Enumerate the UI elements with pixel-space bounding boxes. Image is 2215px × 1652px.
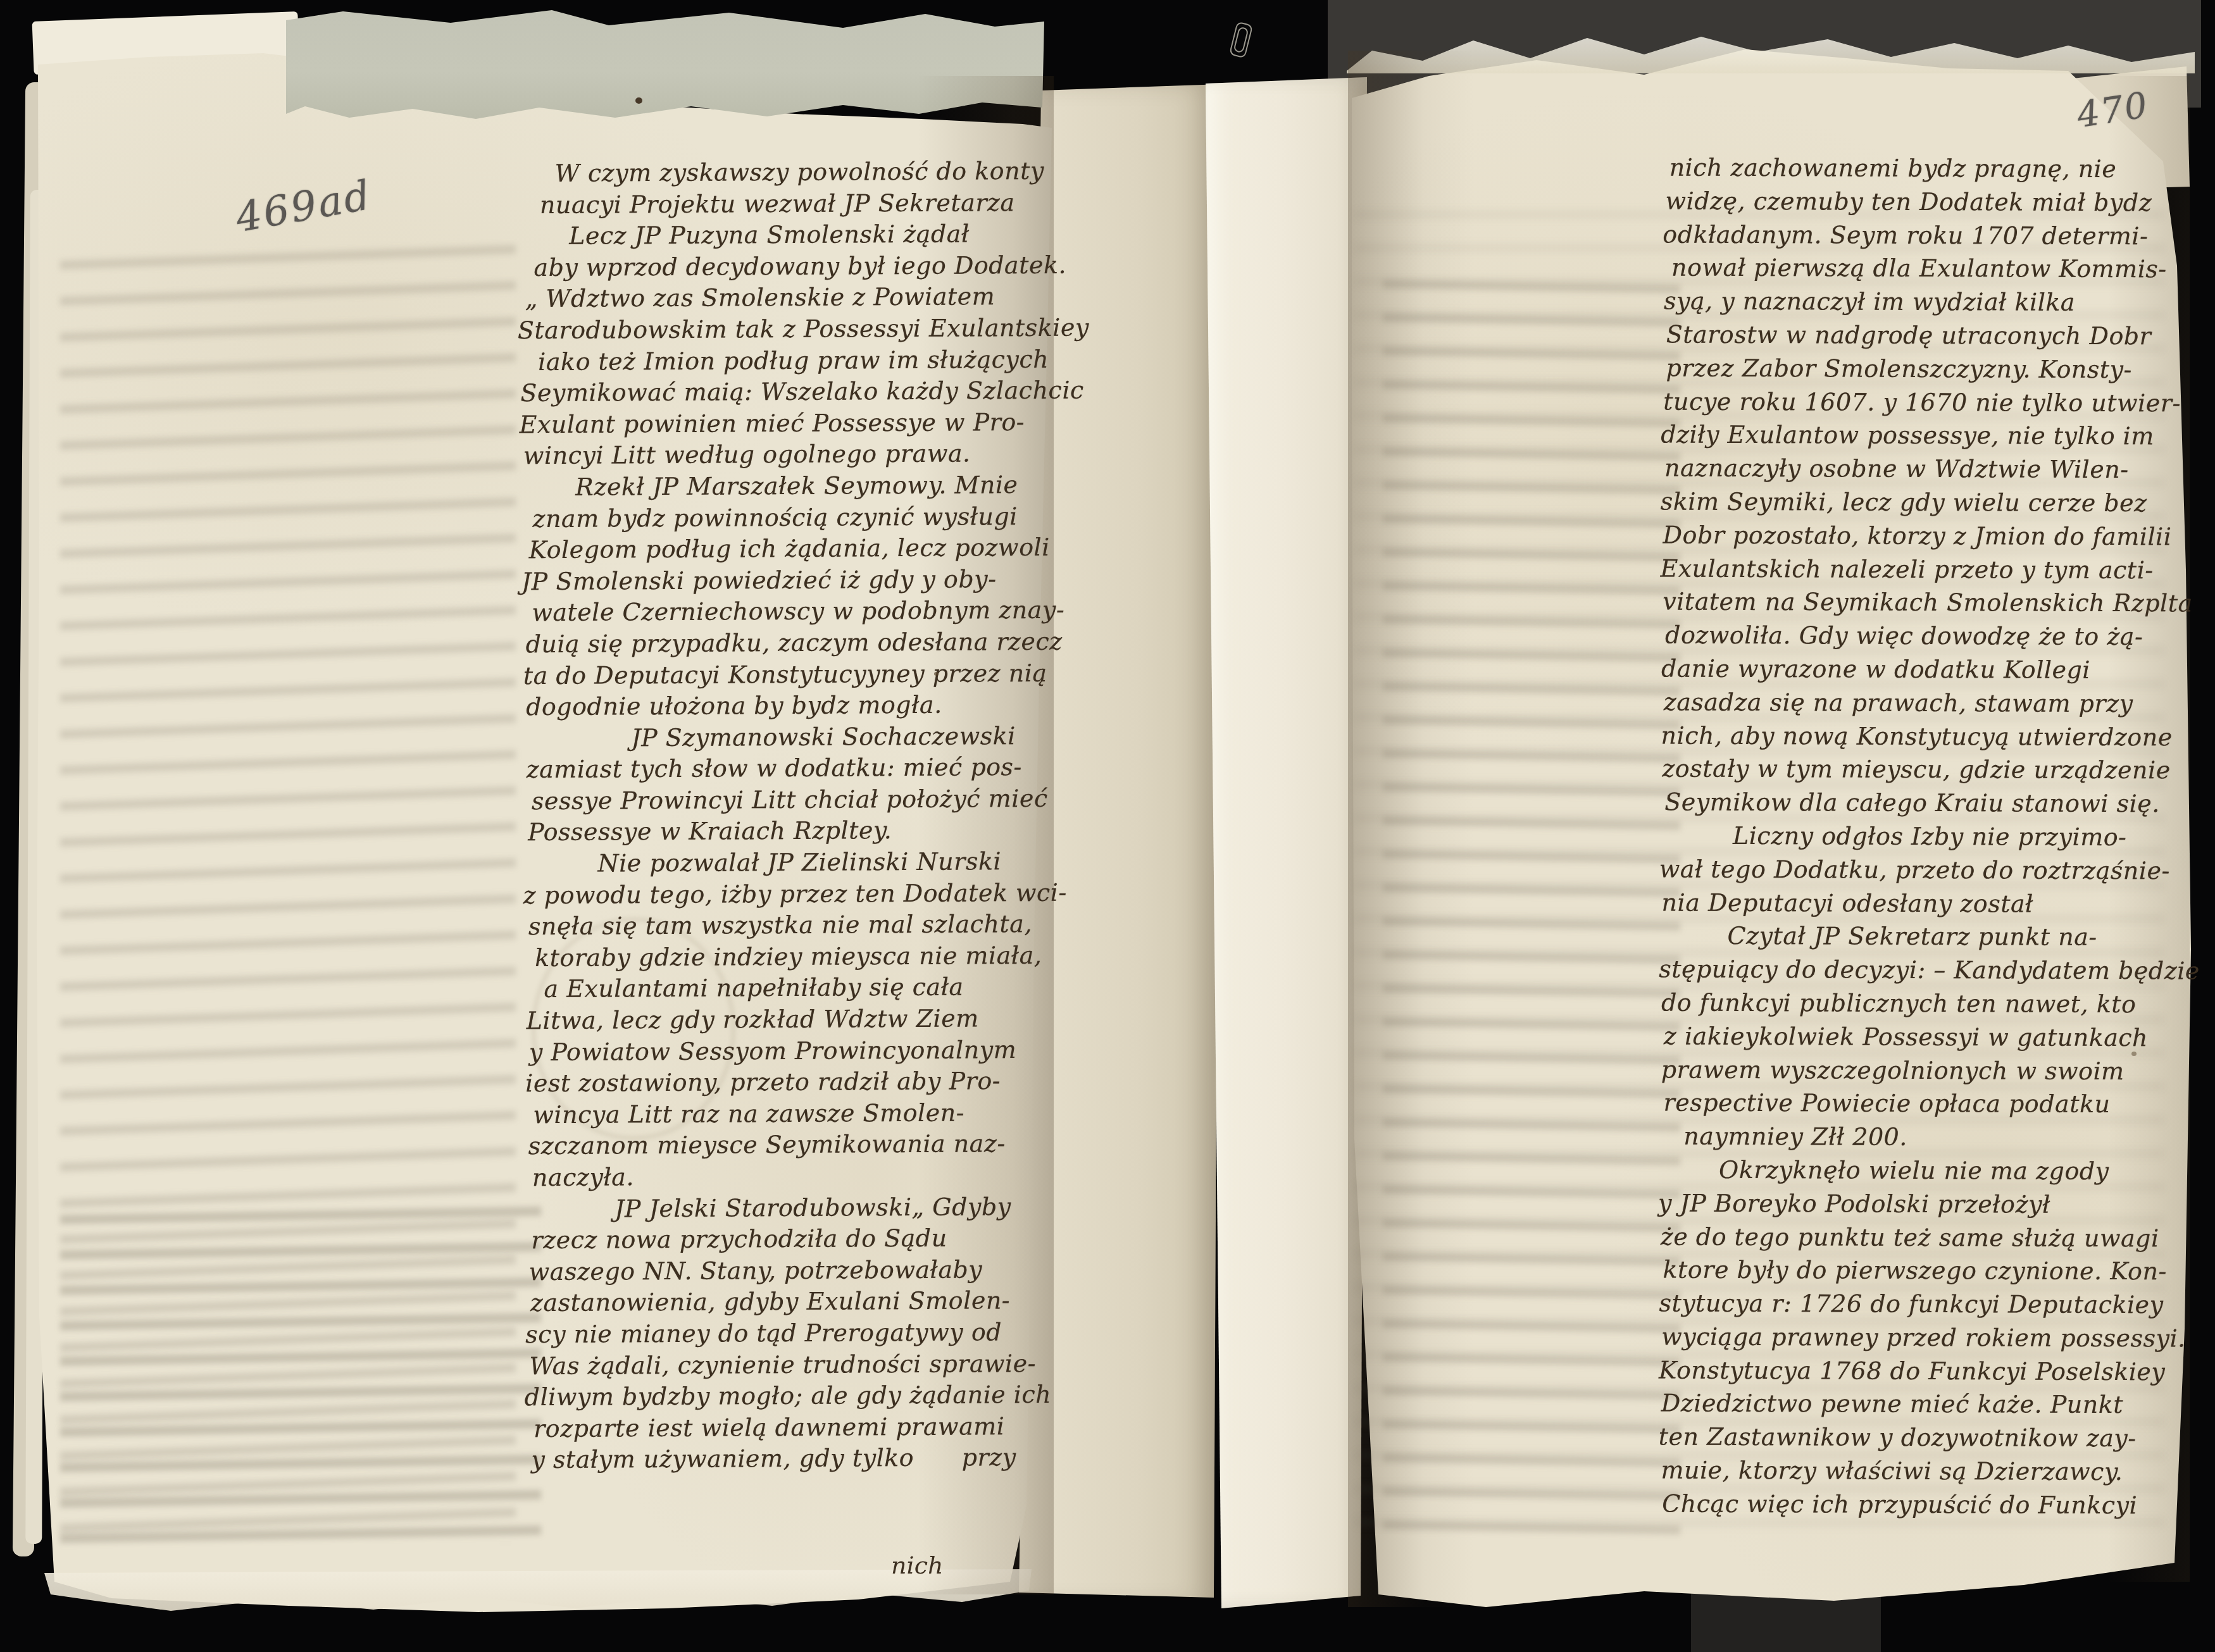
- manuscript-line: danie wyrazone w dodatku Kollegi: [1661, 652, 2168, 688]
- manuscript-photo: W czym zyskawszy powolność do kontynuacy…: [0, 0, 2215, 1652]
- manuscript-line: iest zostawiony, przeto radził aby Pro-: [525, 1065, 1044, 1100]
- manuscript-line: dogodnie ułożona by bydz mogła.: [526, 689, 1042, 723]
- manuscript-line: Liczny odgłos Izby nie przyimo-: [1733, 819, 2167, 854]
- manuscript-line: ktore były do pierwszego czynione. Kon-: [1663, 1253, 2166, 1289]
- backing-board-bottom: [1691, 1593, 1881, 1652]
- manuscript-line: wincyi Litt według ogolnego prawa.: [523, 438, 1041, 472]
- manuscript-line: Dobr pozostało, ktorzy z Jmion do famili…: [1663, 518, 2168, 554]
- manuscript-line: nował pierwszą dla Exulantow Kommis-: [1671, 251, 2169, 287]
- manuscript-line: nich zachowanemi bydz pragnę, nie: [1669, 151, 2169, 187]
- manuscript-line: zastanowienia, gdyby Exulani Smolen-: [530, 1285, 1045, 1319]
- manuscript-line: Nie pozwalał JP Zielinski Nurski: [597, 846, 1043, 879]
- manuscript-line: Lecz JP Puzyna Smolenski żądał: [569, 218, 1040, 252]
- manuscript-line: iako też Imion podług praw im służących: [538, 344, 1040, 378]
- manuscript-line: wyciąga prawney przed rokiem possessyi.: [1661, 1320, 2165, 1355]
- manuscript-line: Starodubowskim tak z Possessyi Exulantsk…: [518, 313, 1040, 347]
- manuscript-line: stytucya r: 1726 do funkcyi Deputackiey: [1659, 1287, 2165, 1322]
- manuscript-line: szczanom mieysce Seymikowania naz-: [528, 1128, 1045, 1162]
- manuscript-line: y JP Boreyko Podolski przełożył: [1658, 1186, 2166, 1222]
- manuscript-line: wincya Litt raz na zawsze Smolen-: [533, 1097, 1044, 1131]
- manuscript-line: nich, aby nową Konstytucyą utwierdzone: [1661, 719, 2167, 754]
- manuscript-line: przez Zabor Smolenszczyzny. Konsty-: [1666, 351, 2168, 387]
- manuscript-line: JP Smolenski powiedzieć iż gdy y oby-: [521, 564, 1042, 598]
- ink-speck: [2131, 1052, 2137, 1056]
- manuscript-line: Possessye w Kraiach Rzpltey.: [528, 814, 1043, 848]
- ink-speck: [635, 97, 642, 104]
- manuscript-line: widzę, czemuby ten Dodatek miał bydz: [1665, 184, 2169, 220]
- manuscript-line: vitatem na Seymikach Smolenskich Rzplta: [1663, 585, 2168, 621]
- manuscript-line: ktoraby gdzie indziey mieysca nie miała,: [535, 940, 1044, 974]
- manuscript-line: Okrzyknęło wielu nie ma zgody: [1719, 1153, 2166, 1188]
- manuscript-line: Dziedzictwo pewne mieć każe. Punkt: [1661, 1387, 2165, 1422]
- manuscript-line: znam bydz powinnością czynić wysługi: [532, 500, 1041, 535]
- manuscript-line: naymniey Złł 200.: [1683, 1120, 2166, 1155]
- manuscript-line: zostały w tym mieyscu, gdzie urządzenie: [1662, 752, 2167, 788]
- manuscript-line: nia Deputacyi odesłany został: [1662, 886, 2167, 921]
- manuscript-line: do funkcyi publicznych ten nawet, kto: [1661, 986, 2166, 1022]
- manuscript-line: Kolegom podług ich żądania, lecz pozwoli: [529, 532, 1042, 566]
- manuscript-line: sessye Prowincyi Litt chciał położyć mie…: [532, 783, 1043, 817]
- manuscript-line: respective Powiecie opłaca podatku: [1663, 1086, 2166, 1122]
- manuscript-line: rzecz nowa przychodziła do Sądu: [531, 1222, 1045, 1257]
- paperclip: [1229, 22, 1253, 59]
- manuscript-line: Was żądali, czynienie trudności sprawie-: [529, 1348, 1045, 1382]
- manuscript-line: duią się przypadku, zaczym odesłana rzec…: [525, 626, 1042, 661]
- manuscript-line: dliwym bydzby mogło; ale gdy żądanie ich: [525, 1379, 1046, 1413]
- manuscript-line: tucye roku 1607. y 1670 nie tylko utwier…: [1663, 385, 2168, 420]
- manuscript-line: JP Szymanowski Sochaczewski: [631, 721, 1042, 754]
- manuscript-line: odkładanym. Seym roku 1707 determi-: [1663, 218, 2169, 253]
- manuscript-line: zasadza się na prawach, stawam przy: [1664, 685, 2168, 721]
- manuscript-line: że do tego punktu też same służą uwagi: [1661, 1220, 2166, 1255]
- manuscript-line: naznaczyły osobne w Wdztwie Wilen-: [1664, 452, 2168, 487]
- ink-speck: [934, 672, 939, 676]
- manuscript-line: a Exulantami napełniłaby się cała: [544, 971, 1044, 1005]
- manuscript-line: Rzekł JP Marszałek Seymowy. Mnie: [575, 469, 1041, 503]
- manuscript-line: Czytał JP Sekretarz punkt na-: [1727, 919, 2166, 954]
- bleed-through-text: [60, 1196, 541, 1550]
- manuscript-line: y stałym używaniem, gdy tylko przy: [531, 1442, 1046, 1476]
- manuscript-line: ta do Deputacyi Konstytucyyney przez nią: [523, 657, 1042, 692]
- manuscript-line: dozwoliła. Gdy więc dowodzę że to żą-: [1665, 619, 2168, 654]
- manuscript-line: ten Zastawnikow y dozywotnikow zay-: [1659, 1420, 2165, 1456]
- manuscript-line: z powodu tego, iżby przez ten Dodatek wc…: [523, 878, 1044, 912]
- manuscript-line: zamiast tych słow w dodatku: mieć pos-: [526, 752, 1042, 786]
- manuscript-line: y Powiatow Sessyom Prowincyonalnym: [529, 1034, 1044, 1069]
- manuscript-line: „ Wdztwo zas Smolenskie z Powiatem: [525, 281, 1040, 315]
- manuscript-line: Litwa, lecz gdy rozkład Wdztw Ziem: [527, 1003, 1044, 1037]
- manuscript-line: wał tego Dodatku, przeto do roztrząśnie-: [1659, 852, 2167, 888]
- manuscript-line: stępuiący do decyzyi: – Kandydatem będzi…: [1659, 953, 2166, 988]
- manuscript-line: Starostw w nadgrodę utraconych Dobr: [1666, 318, 2169, 354]
- manuscript-line: muie, ktorzy właściwi są Dzierzawcy.: [1661, 1454, 2164, 1489]
- manuscript-line: Seymikow dla całego Kraiu stanowi się.: [1664, 786, 2167, 821]
- manuscript-line: dziły Exulantow possessye, nie tylko im: [1661, 418, 2168, 454]
- manuscript-line: JP Jelski Starodubowski„ Gdyby: [615, 1191, 1045, 1224]
- manuscript-line: rozparte iest wielą dawnemi prawami: [533, 1411, 1046, 1445]
- manuscript-line: Konstytucya 1768 do Funkcyi Poselskiey: [1659, 1353, 2165, 1389]
- right-page-text-block: nich zachowanemi bydz pragnę, niewidzę, …: [1664, 151, 2169, 1522]
- manuscript-line: W czym zyskawszy powolność do konty: [555, 156, 1040, 190]
- manuscript-line: snęła się tam wszystka nie mal szlachta,: [528, 909, 1044, 943]
- manuscript-line: scy nie mianey do tąd Prerogatywy od: [525, 1317, 1045, 1351]
- manuscript-line: aby wprzod decydowany był iego Dodatek.: [533, 250, 1040, 284]
- catchword: nich: [891, 1551, 943, 1579]
- left-page-text-block: W czym zyskawszy powolność do kontynuacy…: [533, 156, 1047, 1476]
- manuscript-line: Exulant powinien mieć Possessye w Pro-: [520, 407, 1041, 441]
- manuscript-line: skim Seymiki, lecz gdy wielu cerze bez: [1661, 485, 2168, 521]
- manuscript-line: nuacyi Projektu wezwał JP Sekretarza: [540, 187, 1040, 221]
- manuscript-line: watele Czerniechowscy w podobnym znay-: [532, 595, 1042, 629]
- manuscript-line: waszego NN. Stany, potrzebowałaby: [529, 1254, 1045, 1288]
- manuscript-line: syą, y naznaczył im wydział kilka: [1664, 285, 2169, 320]
- manuscript-line: Seymikować maią: Wszelako każdy Szlachci…: [520, 375, 1040, 409]
- manuscript-line: prawem wyszczegolnionych w swoim: [1661, 1053, 2166, 1088]
- manuscript-line: z iakieykolwiek Possessyi w gatunkach: [1664, 1019, 2166, 1055]
- manuscript-line: Chcąc więc ich przypuścić do Funkcyi: [1662, 1487, 2164, 1522]
- manuscript-line: naczyła.: [532, 1160, 1045, 1194]
- manuscript-line: Exulantskich nalezeli przeto y tym acti-: [1660, 552, 2168, 587]
